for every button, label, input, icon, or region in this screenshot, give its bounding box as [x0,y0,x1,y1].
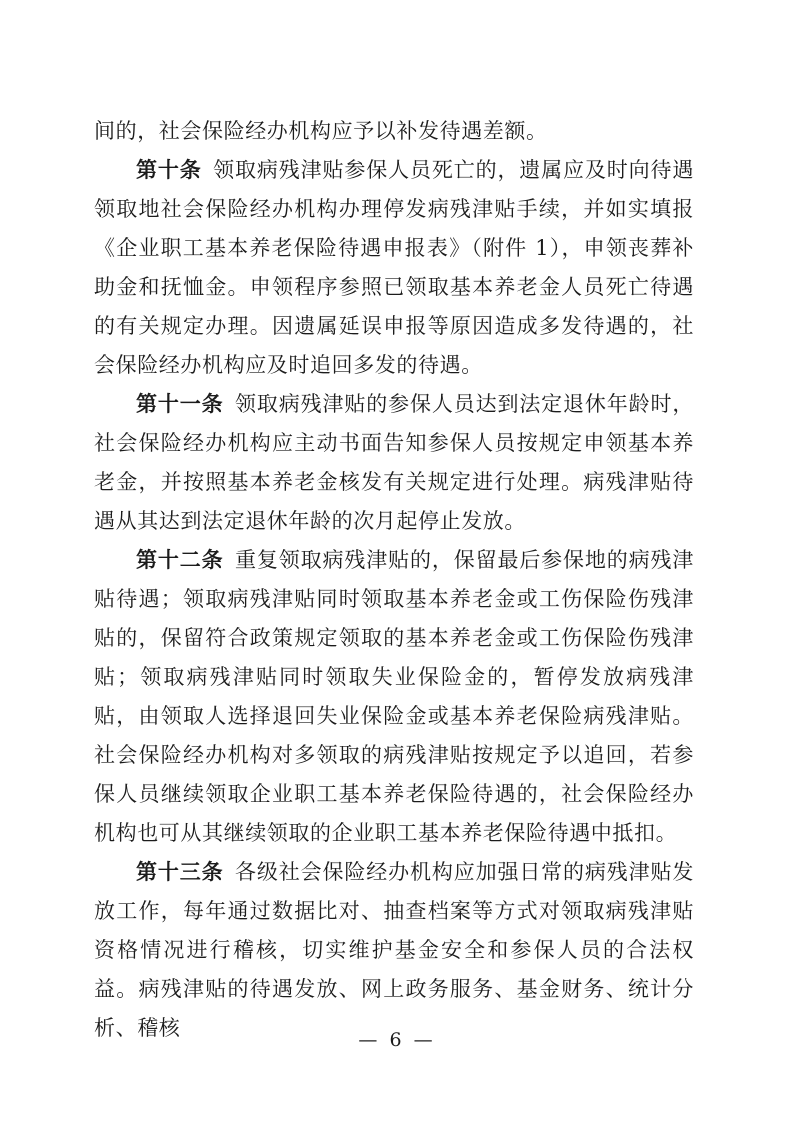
document-body: 间的，社会保险经办机构应予以补发待遇差额。第十条领取病残津贴参保人员死亡的，遗属… [94,112,694,1048]
paragraph-text: 间的，社会保险经办机构应予以补发待遇差额。 [94,119,548,143]
page-number: — 6 — [0,1026,794,1054]
para-article-12: 第十二条重复领取病残津贴的，保留最后参保地的病残津贴待遇；领取病残津贴同时领取基… [94,541,694,853]
article-number: 第十一条 [136,392,223,416]
para-article-11: 第十一条领取病残津贴的参保人员达到法定退休年龄时，社会保险经办机构应主动书面告知… [94,385,694,541]
para-continuation: 间的，社会保险经办机构应予以补发待遇差额。 [94,112,694,151]
paragraph-text: 各级社会保险经办机构应加强日常的病残津贴发放工作，每年通过数据比对、抽查档案等方… [94,860,694,1040]
paragraph-text: 领取病残津贴参保人员死亡的，遗属应及时向待遇领取地社会保险经办机构办理停发病残津… [94,158,694,377]
article-number: 第十三条 [136,860,223,884]
paragraph-text: 重复领取病残津贴的，保留最后参保地的病残津贴待遇；领取病残津贴同时领取基本养老金… [94,548,694,845]
article-number: 第十二条 [136,548,223,572]
article-number: 第十条 [136,158,202,182]
para-article-13: 第十三条各级社会保险经办机构应加强日常的病残津贴发放工作，每年通过数据比对、抽查… [94,853,694,1048]
document-page: 间的，社会保险经办机构应予以补发待遇差额。第十条领取病残津贴参保人员死亡的，遗属… [0,0,794,1123]
para-article-10: 第十条领取病残津贴参保人员死亡的，遗属应及时向待遇领取地社会保险经办机构办理停发… [94,151,694,385]
